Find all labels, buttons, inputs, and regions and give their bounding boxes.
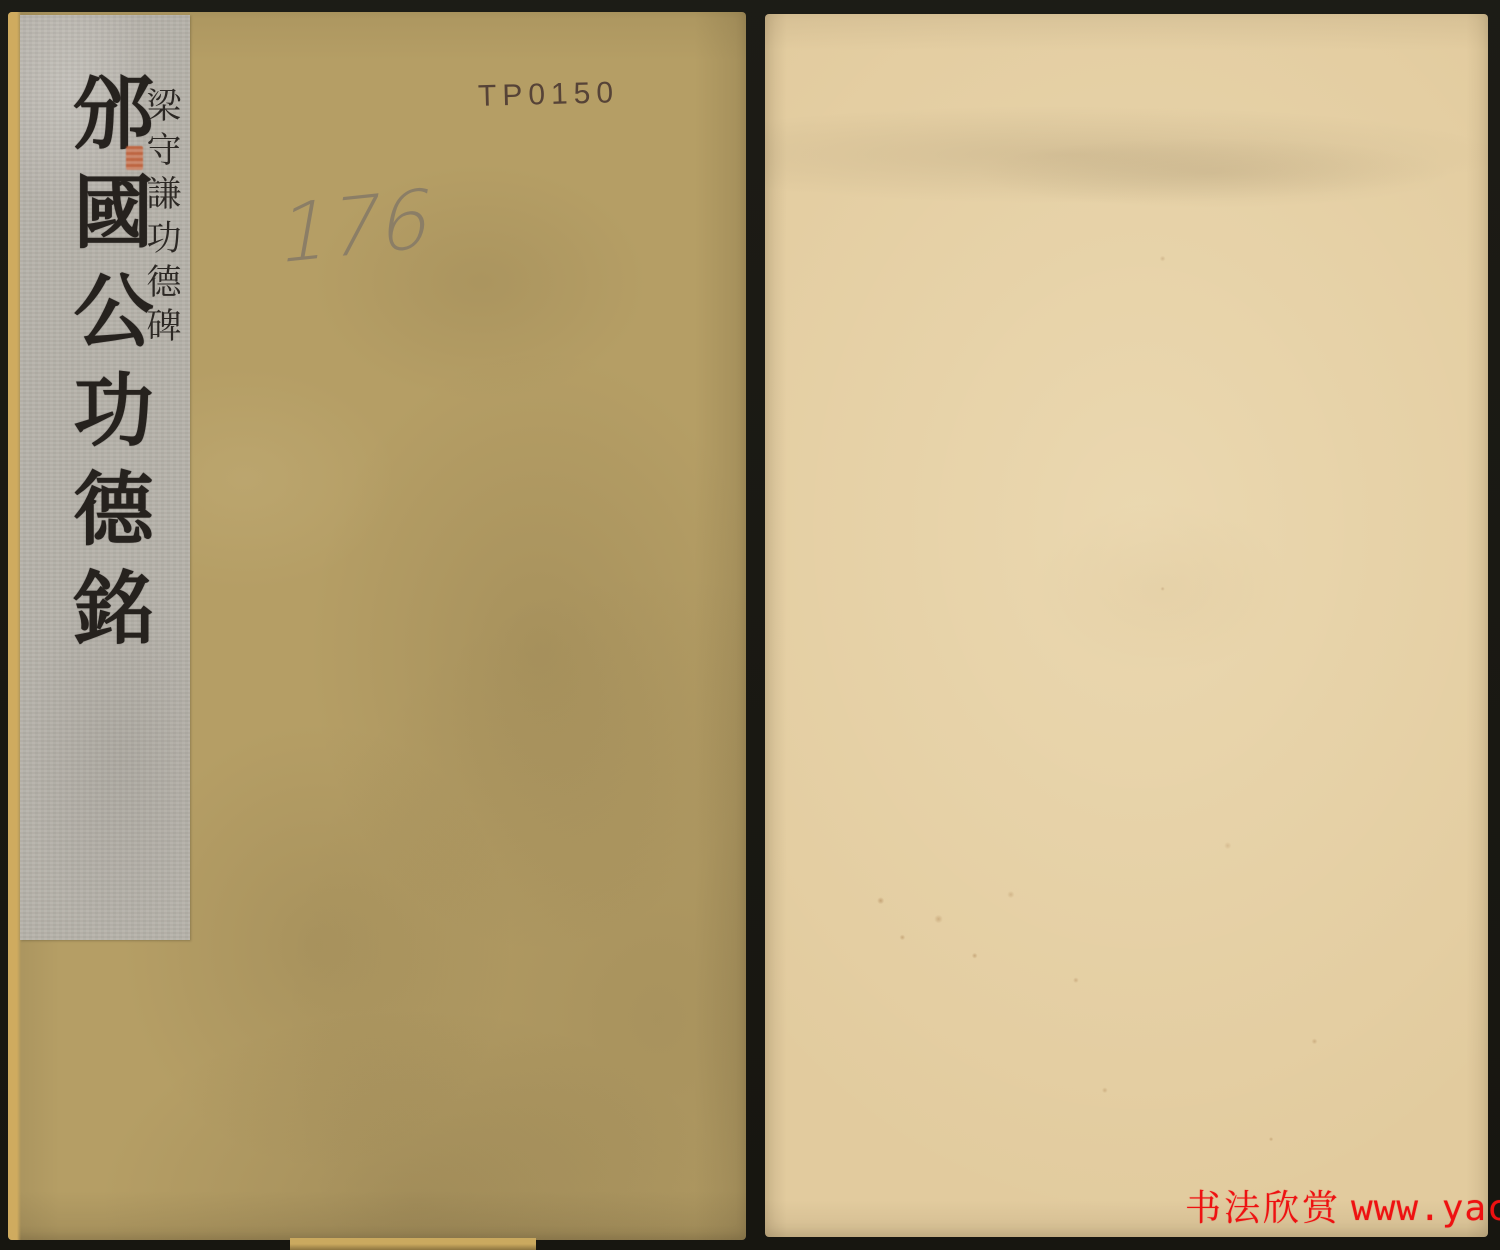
left-page: 邠國公功德銘 梁守謙功德碑 TP0150 176 [8, 12, 746, 1240]
catalog-number: TP0150 [478, 76, 620, 114]
annotation-calligraphy: 梁守謙功德碑 [136, 87, 186, 397]
scan-background: 邠國公功德銘 梁守謙功德碑 TP0150 176 书法欣赏www.yac8.co… [0, 0, 1500, 1250]
bottom-page-tab [290, 1238, 536, 1250]
right-page [765, 14, 1488, 1237]
pencil-number: 176 [272, 171, 441, 282]
watermark-site-url: www.yac8.com [1351, 1188, 1500, 1229]
watermark: 书法欣赏www.yac8.com [1185, 1191, 1500, 1227]
seal-stamp-icon [126, 146, 143, 170]
watermark-site-name: 书法欣赏 [1185, 1188, 1341, 1229]
title-label: 邠國公功德銘 梁守謙功德碑 [20, 15, 190, 940]
